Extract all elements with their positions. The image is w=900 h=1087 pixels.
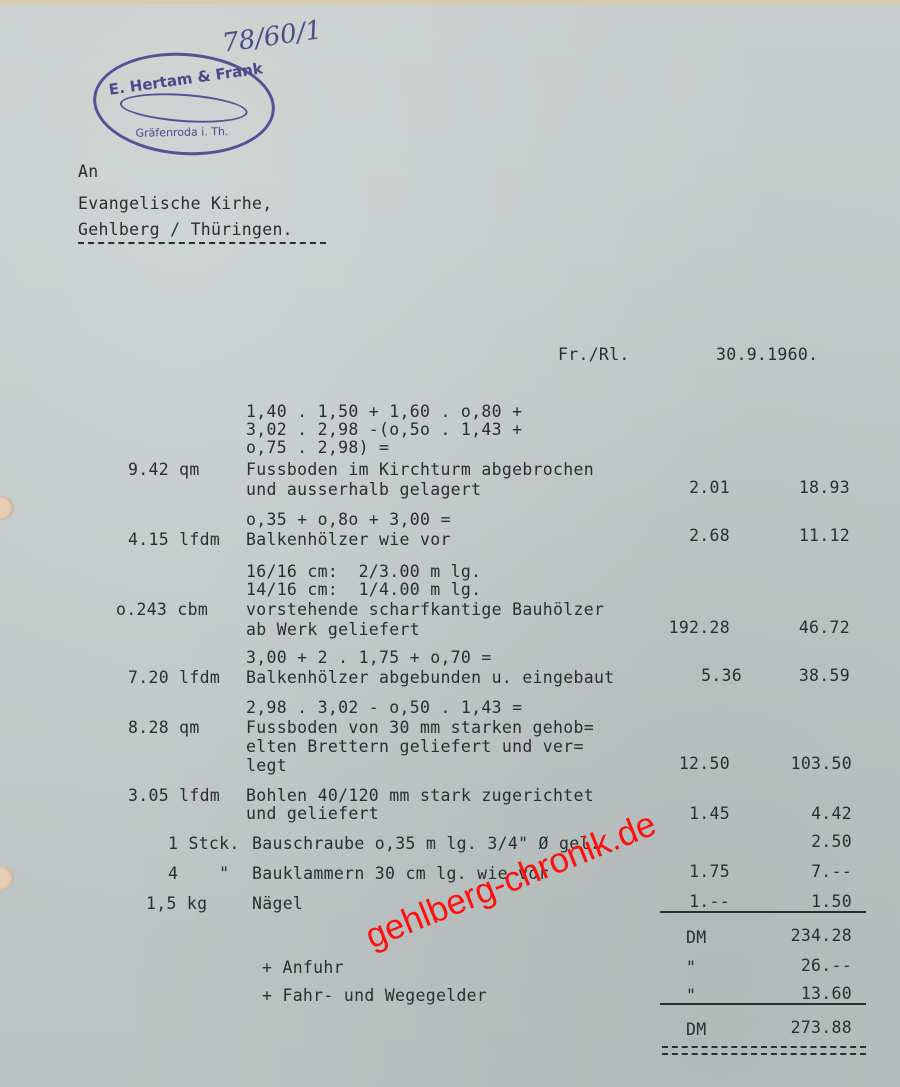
item-quantity: 9.42 qm <box>128 460 200 480</box>
extra-currency: " <box>686 958 696 978</box>
item-calc: 14/16 cm: 1/4.00 m lg. <box>246 580 481 600</box>
item-quantity: 1 Stck. <box>168 834 240 854</box>
recipient-prefix: An <box>78 162 98 182</box>
extra-amount: 26.-- <box>760 956 852 976</box>
recipient-underline <box>78 242 326 244</box>
item-quantity: o.243 cbm <box>116 600 208 620</box>
item-description: und ausserhalb gelagert <box>246 480 481 500</box>
paper-top-edge <box>0 0 900 4</box>
item-unit-price: 1.75 <box>640 862 730 882</box>
item-quantity: 3.05 lfdm <box>128 786 220 806</box>
item-description: vorstehende scharfkantige Bauhölzer <box>246 600 604 620</box>
item-description: Bohlen 40/120 mm stark zugerichtet <box>246 786 594 806</box>
recipient-line-2: Gehlberg / Thüringen. <box>78 220 293 240</box>
item-description: Fussboden im Kirchturm abgebrochen <box>246 460 594 480</box>
item-description: und geliefert <box>246 804 379 824</box>
item-total: 38.59 <box>760 666 850 686</box>
item-unit-price: 12.50 <box>640 754 730 774</box>
item-description: ab Werk geliefert <box>246 620 420 640</box>
stamp-inner-oval <box>119 90 249 127</box>
item-quantity: 7.20 lfdm <box>128 668 220 688</box>
item-unit-price: 5.36 <box>650 666 742 686</box>
item-total: 2.50 <box>760 832 852 852</box>
reference-initials: Fr./Rl. <box>558 345 630 365</box>
item-unit-price: 192.28 <box>640 618 730 638</box>
company-stamp: E. Hertam & Frank Gräfenroda i. Th. <box>90 47 279 161</box>
subtotal-currency: DM <box>686 928 706 948</box>
recipient-line-1: Evangelische Kirhe, <box>78 194 272 214</box>
total-amount: 273.88 <box>760 1018 852 1038</box>
item-calc: o,75 . 2,98) = <box>246 438 389 458</box>
item-quantity: 1,5 kg <box>146 894 207 914</box>
item-quantity: 4 " <box>168 864 229 884</box>
item-calc: 3,00 + 2 . 1,75 + o,70 = <box>246 648 492 668</box>
item-description: Fussboden von 30 mm starken gehob= <box>246 718 594 738</box>
extra-label: + Anfuhr <box>262 958 344 978</box>
item-description: elten Brettern geliefert und ver= <box>246 737 584 757</box>
total-double-underline <box>662 1046 866 1055</box>
handwritten-reference: 78/60/1 <box>220 15 323 59</box>
punch-hole <box>0 496 14 520</box>
item-total: 103.50 <box>760 754 852 774</box>
item-unit-price: 2.01 <box>640 478 730 498</box>
item-calc: 16/16 cm: 2/3.00 m lg. <box>246 562 481 582</box>
total-rule <box>660 1003 866 1005</box>
item-total: 46.72 <box>760 618 850 638</box>
item-total: 1.50 <box>760 892 852 912</box>
extra-amount: 13.60 <box>760 984 852 1004</box>
total-currency: DM <box>686 1020 706 1040</box>
item-total: 7.-- <box>760 862 852 882</box>
item-calc: 1,40 . 1,50 + 1,60 . o,80 + <box>246 402 522 422</box>
item-total: 11.12 <box>760 526 850 546</box>
subtotal-amount: 234.28 <box>760 926 852 946</box>
item-calc: 2,98 . 3,02 - o,50 . 1,43 = <box>246 698 522 718</box>
item-unit-price: 1.-- <box>640 892 730 912</box>
invoice-date: 30.9.1960. <box>716 345 818 365</box>
extra-label: + Fahr- und Wegegelder <box>262 986 487 1006</box>
item-quantity: 4.15 lfdm <box>128 530 220 550</box>
item-total: 4.42 <box>760 804 852 824</box>
item-description: Nägel <box>252 894 303 914</box>
subtotal-rule <box>660 911 866 913</box>
item-description: Balkenhölzer abgebunden u. eingebaut <box>246 668 614 688</box>
item-unit-price: 2.68 <box>640 526 730 546</box>
item-calc: o,35 + o,8o + 3,00 = <box>246 510 451 530</box>
item-description: legt <box>246 756 287 776</box>
item-description: Balkenhölzer wie vor <box>246 530 451 550</box>
punch-hole <box>0 866 14 890</box>
item-quantity: 8.28 qm <box>128 718 200 738</box>
item-calc: 3,02 . 2,98 -(o,5o . 1,43 + <box>246 420 522 440</box>
stamp-location: Gräfenroda i. Th. <box>94 124 270 140</box>
item-total: 18.93 <box>760 478 850 498</box>
